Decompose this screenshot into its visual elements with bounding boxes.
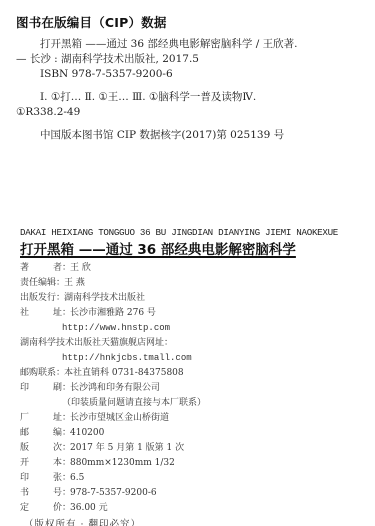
label-part: 责任编辑: [20, 276, 56, 291]
colophon-value: 978-7-5357-9200-6: [70, 486, 157, 501]
label-colon: ：: [62, 486, 70, 501]
colophon-value: 长沙市湘雅路 276 号: [70, 306, 156, 321]
colophon-label: 印张: [20, 471, 62, 486]
label-colon: ：: [62, 306, 70, 321]
cip-record-block: 打开黑箱 ——通过 36 部经典电影解密脑科学 / 王欣著. — 长沙 : 湖南…: [16, 37, 366, 143]
colophon-value: （印装质量问题请直接与本厂联系）: [62, 396, 206, 411]
label-part: 书: [20, 486, 29, 501]
label-colon: ：: [62, 426, 70, 441]
colophon-label: 邮编: [20, 426, 62, 441]
label-colon: ：: [62, 501, 70, 516]
label-part: 址: [53, 306, 62, 321]
colophon-label: 开本: [20, 456, 62, 471]
label-colon: ：: [56, 276, 64, 291]
colophon-label: 湖南科学技术出版社天猫旗舰店网址: [20, 336, 164, 351]
colophon-row-editor: 责任编辑：王 燕: [20, 276, 340, 291]
label-colon: ：: [62, 411, 70, 426]
label-part: 开: [20, 456, 29, 471]
colophon-row-factory-address: 厂址：长沙市望城区金山桥街道: [20, 411, 340, 426]
colophon-row-price: 定价：36.00 元: [20, 501, 340, 516]
cip-heading: 图书在版编目（CIP）数据: [16, 13, 167, 31]
colophon-value: 长沙鸿和印务有限公司: [70, 381, 160, 396]
colophon-value: http://www.hnstp.com: [62, 321, 170, 336]
colophon-label: 社址: [20, 306, 62, 321]
cip-verification-number: 中国版本图书馆 CIP 数据核字(2017)第 025139 号: [16, 128, 366, 143]
label-part: 张: [53, 471, 62, 486]
colophon-row-postal-code: 邮编：410200: [20, 426, 340, 441]
label-colon: ：: [62, 261, 70, 276]
label-part: 社: [20, 306, 29, 321]
colophon-value: 410200: [70, 426, 104, 441]
cip-classification-line-1: Ⅰ. ①打… Ⅱ. ①王… Ⅲ. ①脑科学一普及读物Ⅳ.: [16, 90, 366, 105]
copyright-notice: （版权所有 · 翻印必究）: [20, 517, 340, 526]
label-part: 价: [53, 501, 62, 516]
colophon-row-printed-sheets: 印张：6.5: [20, 471, 340, 486]
colophon-row-book-number: 书号：978-7-5357-9200-6: [20, 486, 340, 501]
label-part: 著: [20, 261, 29, 276]
label-part: 厂: [20, 411, 29, 426]
label-colon: ：: [62, 456, 70, 471]
label-part: 出版发行: [20, 291, 56, 306]
colophon-row-address: 社址：长沙市湘雅路 276 号: [20, 306, 340, 321]
colophon-value: http://hnkjcbs.tmall.com: [62, 351, 192, 366]
book-title: 打开黑箱 ——通过 36 部经典电影解密脑科学: [20, 238, 296, 258]
colophon-value: 本社直销科 0731-84375808: [64, 366, 184, 381]
colophon-label: 厂址: [20, 411, 62, 426]
label-colon: ：: [164, 336, 172, 351]
cip-classification-line-2: ①R338.2-49: [16, 105, 366, 120]
colophon-value: 王 欣: [70, 261, 91, 276]
label-colon: ：: [56, 366, 64, 381]
label-part: 邮购联系: [20, 366, 56, 381]
label-part: 次: [53, 441, 62, 456]
colophon-row-mail-order: 邮购联系：本社直销科 0731-84375808: [20, 366, 340, 381]
colophon-value: 880mm×1230mm 1/32: [70, 456, 175, 471]
colophon-value: 湖南科学技术出版社: [64, 291, 145, 306]
colophon-row-edition: 版次：2017 年 5 月第 1 版第 1 次: [20, 441, 340, 456]
colophon-row-printer-note: （印装质量问题请直接与本厂联系）: [20, 396, 340, 411]
colophon-row-printer: 印刷：长沙鸿和印务有限公司: [20, 381, 340, 396]
label-part: 湖南科学技术出版社天猫旗舰店网址: [20, 336, 164, 351]
label-colon: ：: [62, 441, 70, 456]
label-part: 者: [53, 261, 62, 276]
colophon-row-format: 开本：880mm×1230mm 1/32: [20, 456, 340, 471]
pinyin-title: DAKAI HEIXIANG TONGGUO 36 BU JINGDIAN DI…: [20, 227, 338, 238]
colophon-value: 长沙市望城区金山桥街道: [70, 411, 169, 426]
label-part: 邮: [20, 426, 29, 441]
label-colon: ：: [62, 471, 70, 486]
label-part: 版: [20, 441, 29, 456]
label-colon: ：: [62, 381, 70, 396]
label-part: 印: [20, 471, 29, 486]
colophon-label: 著者: [20, 261, 62, 276]
colophon-label: 版次: [20, 441, 62, 456]
colophon-label: 出版发行: [20, 291, 56, 306]
label-part: 定: [20, 501, 29, 516]
label-part: 号: [53, 486, 62, 501]
colophon-row-publisher-website: http://www.hnstp.com: [20, 321, 340, 336]
cip-record-line-1: 打开黑箱 ——通过 36 部经典电影解密脑科学 / 王欣著.: [16, 37, 366, 52]
label-part: 本: [53, 456, 62, 471]
label-part: 印: [20, 381, 29, 396]
colophon-label: 书号: [20, 486, 62, 501]
colophon-row-publisher: 出版发行：湖南科学技术出版社: [20, 291, 340, 306]
colophon-label: 印刷: [20, 381, 62, 396]
colophon-row-tmall-store-url: http://hnkjcbs.tmall.com: [20, 351, 340, 366]
cip-isbn-line: ISBN 978-7-5357-9200-6: [16, 67, 366, 82]
colophon-label: 责任编辑: [20, 276, 56, 291]
colophon-value: 2017 年 5 月第 1 版第 1 次: [70, 441, 184, 456]
label-part: 址: [53, 411, 62, 426]
colophon-row-tmall-store-label: 湖南科学技术出版社天猫旗舰店网址：: [20, 336, 340, 351]
colophon: 著者：王 欣责任编辑：王 燕出版发行：湖南科学技术出版社社址：长沙市湘雅路 27…: [20, 261, 340, 526]
colophon-value: 36.00 元: [70, 501, 108, 516]
label-part: 编: [53, 426, 62, 441]
colophon-label: 定价: [20, 501, 62, 516]
colophon-label: 邮购联系: [20, 366, 56, 381]
colophon-value: 6.5: [70, 471, 84, 486]
cip-record-line-2: — 长沙 : 湖南科学技术出版社, 2017.5: [16, 52, 366, 67]
colophon-row-author: 著者：王 欣: [20, 261, 340, 276]
colophon-value: 王 燕: [64, 276, 85, 291]
label-part: 刷: [53, 381, 62, 396]
label-colon: ：: [56, 291, 64, 306]
